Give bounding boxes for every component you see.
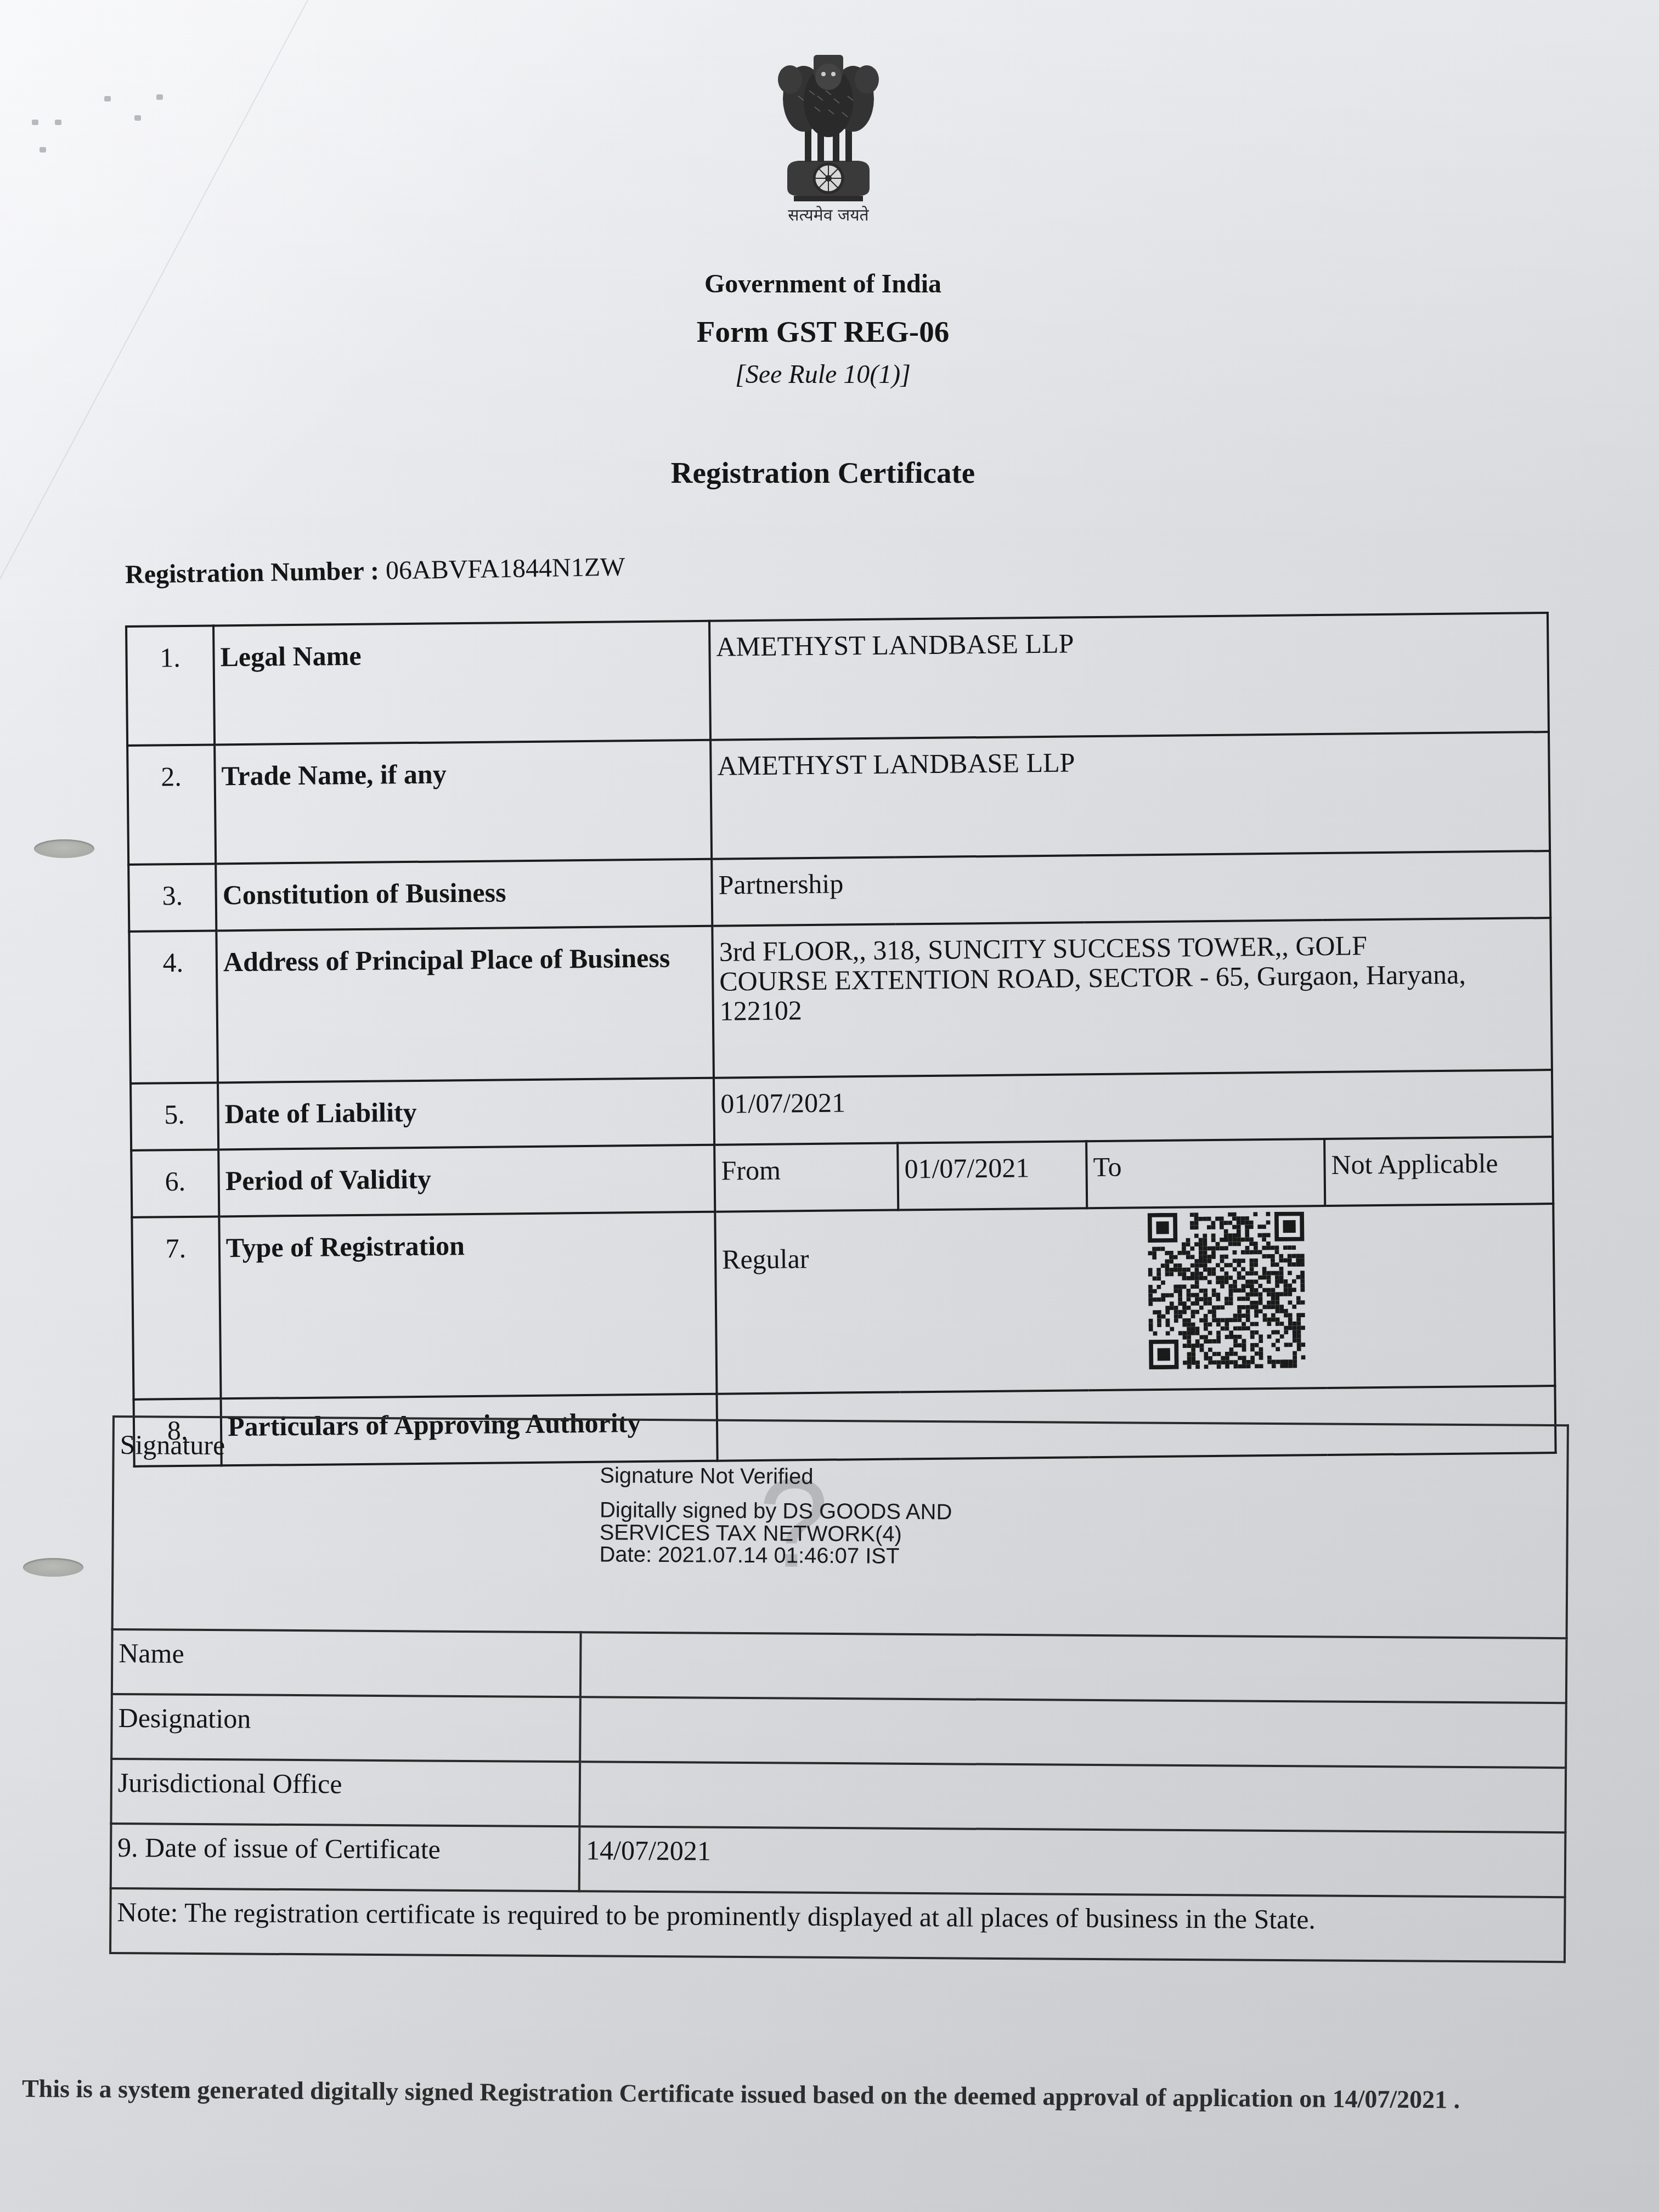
authority-row-name: Name [112, 1629, 1567, 1703]
staple-mark [156, 94, 163, 100]
staple-mark [39, 147, 46, 153]
row-label: Legal Name [213, 621, 710, 745]
authority-row-issue-date: 9. Date of issue of Certificate 14/07/20… [111, 1824, 1566, 1897]
jurisdictional-office-value [579, 1762, 1566, 1832]
staple-mark [134, 115, 141, 121]
row-number: 7. [132, 1216, 221, 1400]
system-generated-footer: This is a system generated digitally sig… [22, 2074, 1460, 2114]
row-label: Type of Registration [219, 1212, 716, 1399]
digital-signature-block: Signature Not Verified Digitally signed … [599, 1464, 952, 1568]
display-note: Note: The registration certificate is re… [110, 1888, 1565, 1962]
constitution-value: Partnership [712, 851, 1550, 926]
table-row-type-of-registration: 7. Type of Registration Regular [132, 1204, 1555, 1400]
trade-name-value: AMETHYST LANDBASE LLP [710, 732, 1550, 859]
row-label: Period of Validity [218, 1145, 715, 1217]
note-row: Note: The registration certificate is re… [110, 1888, 1565, 1962]
signature-status: Signature Not Verified [600, 1464, 952, 1489]
row-number: 5. [131, 1082, 218, 1150]
registration-details-table: 1. Legal Name AMETHYST LANDBASE LLP 2. T… [125, 612, 1557, 1468]
authority-row-jurisdiction: Jurisdictional Office [111, 1759, 1566, 1832]
issue-date-value: 14/07/2021 [579, 1826, 1566, 1897]
row-label: Constitution of Business [216, 859, 712, 931]
row-number: 6. [131, 1149, 219, 1217]
validity-to-label: To [1086, 1139, 1325, 1208]
type-of-registration-wrap: Regular [721, 1215, 1547, 1274]
rule-reference: [See Rule 10(1)] [0, 359, 1646, 390]
validity-to-value: Not Applicable [1324, 1137, 1553, 1206]
row-label: Trade Name, if any [215, 740, 712, 864]
row-number: 2. [127, 744, 216, 865]
form-title: Form GST REG-06 [0, 314, 1646, 349]
date-of-liability-value: 01/07/2021 [714, 1070, 1553, 1145]
type-of-registration-cell: Regular [715, 1204, 1555, 1394]
issue-date-label: 9. Date of issue of Certificate [111, 1824, 580, 1891]
certificate-title: Registration Certificate [0, 455, 1646, 490]
jurisdictional-office-label: Jurisdictional Office [111, 1759, 580, 1826]
validity-from-label: From [714, 1143, 898, 1212]
signature-table: Signature ? Signature Not Verified Digit… [109, 1415, 1569, 1963]
row-number: 1. [126, 625, 215, 746]
authority-name-label: Name [112, 1629, 581, 1697]
row-label: Address of Principal Place of Business [216, 926, 714, 1083]
staple-mark [55, 120, 61, 125]
signature-label: Signature [120, 1429, 225, 1461]
table-row-trade-name: 2. Trade Name, if any AMETHYST LANDBASE … [127, 732, 1550, 865]
government-title: Government of India [0, 269, 1646, 299]
authority-designation-value [580, 1697, 1566, 1768]
state-emblem-icon [765, 47, 891, 206]
registration-number-label: Registration Number : [125, 556, 380, 589]
row-number: 3. [128, 864, 216, 932]
signature-cell: Signature ? Signature Not Verified Digit… [112, 1417, 1568, 1638]
authority-designation-label: Designation [111, 1694, 580, 1762]
staple-mark [104, 96, 111, 101]
type-of-registration-value: Regular [721, 1215, 1547, 1274]
row-label: Date of Liability [218, 1078, 714, 1150]
table-row-legal-name: 1. Legal Name AMETHYST LANDBASE LLP [126, 613, 1549, 746]
address-value: 3rd FLOOR,, 318, SUNCITY SUCCESS TOWER,,… [712, 918, 1552, 1078]
signature-date: Date: 2021.07.14 01:46:07 IST [599, 1544, 952, 1568]
national-motto: सत्यमेव जयते [746, 203, 911, 225]
legal-name-value: AMETHYST LANDBASE LLP [709, 613, 1549, 740]
row-number: 4. [129, 930, 218, 1084]
authority-row-designation: Designation [111, 1694, 1566, 1768]
table-row-address: 4. Address of Principal Place of Busines… [129, 918, 1552, 1084]
validity-from-value: 01/07/2021 [898, 1141, 1087, 1210]
staple-mark [32, 120, 38, 125]
punch-hole [34, 839, 94, 858]
punch-hole [23, 1558, 83, 1577]
registration-number: Registration Number : 06ABVFA1844N1ZW [125, 552, 625, 590]
qr-code-icon [1146, 1211, 1307, 1369]
registration-number-value: 06ABVFA1844N1ZW [386, 552, 625, 585]
signed-by-line-2: SERVICES TAX NETWORK(4) [600, 1521, 952, 1546]
authority-name-value [580, 1632, 1567, 1703]
signed-by-line-1: Digitally signed by DS GOODS AND [600, 1499, 952, 1523]
signature-row: Signature ? Signature Not Verified Digit… [112, 1417, 1568, 1638]
